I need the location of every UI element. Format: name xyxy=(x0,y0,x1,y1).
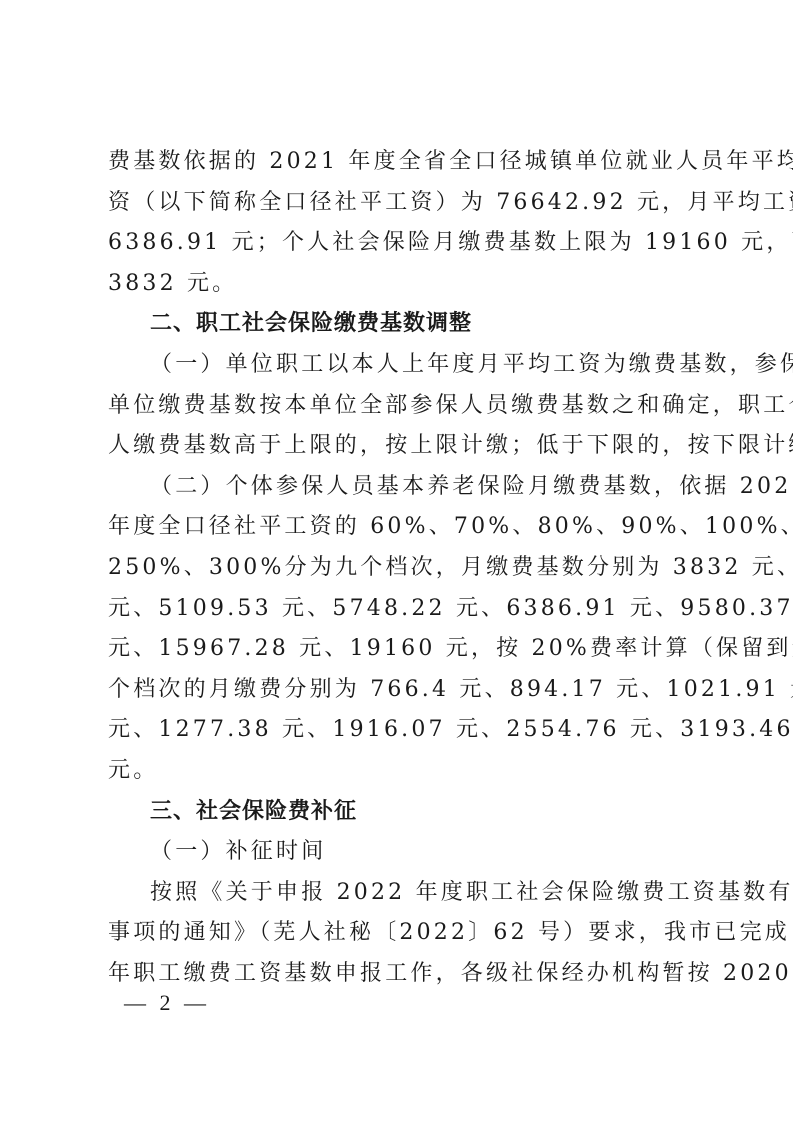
text-line: 元、5109.53 元、5748.22 元、6386.91 元、9580.37 … xyxy=(108,593,692,634)
text-line: （二）个体参保人员基本养老保险月缴费基数，依据 2021 xyxy=(108,471,692,512)
text-line: 资（以下简称全口径社平工资）为 76642.92 元，月平均工资为 xyxy=(108,187,692,228)
paragraph-intro-continuation: 费基数依据的 2021 年度全省全口径城镇单位就业人员年平均工 资（以下简称全口… xyxy=(108,146,692,308)
document-body: 费基数依据的 2021 年度全省全口径城镇单位就业人员年平均工 资（以下简称全口… xyxy=(108,146,692,998)
text-line: 人缴费基数高于上限的，按上限计缴；低于下限的，按下限计缴。 xyxy=(108,430,692,471)
text-line: 年度全口径社平工资的 60%、70%、80%、90%、100%、150%、200… xyxy=(108,511,692,552)
paragraph-2-2: （二）个体参保人员基本养老保险月缴费基数，依据 2021 年度全口径社平工资的 … xyxy=(108,471,692,796)
text-line: 费基数依据的 2021 年度全省全口径城镇单位就业人员年平均工 xyxy=(108,146,692,187)
text-line: 元、1277.38 元、1916.07 元、2554.76 元、3193.46 … xyxy=(108,714,692,755)
text-line: 元。 xyxy=(108,755,692,796)
paragraph-3-1: 按照《关于申报 2022 年度职工社会保险缴费工资基数有关 事项的通知》（芜人社… xyxy=(108,877,692,999)
page-number: — 2 — xyxy=(124,990,210,1016)
text-line: 元、15967.28 元、19160 元，按 20%费率计算（保留到角分）九 xyxy=(108,633,692,674)
text-line: （一）单位职工以本人上年度月平均工资为缴费基数，参保 xyxy=(108,349,692,390)
text-line: 250%、300%分为九个档次，月缴费基数分别为 3832 元、4470.84 xyxy=(108,552,692,593)
subsection-heading-3-1: （一）补征时间 xyxy=(108,836,692,877)
text-line: 3832 元。 xyxy=(108,268,692,309)
text-line: 按照《关于申报 2022 年度职工社会保险缴费工资基数有关 xyxy=(108,877,692,918)
paragraph-2-1: （一）单位职工以本人上年度月平均工资为缴费基数，参保 单位缴费基数按本单位全部参… xyxy=(108,349,692,471)
text-line: 6386.91 元；个人社会保险月缴费基数上限为 19160 元，下限为 xyxy=(108,227,692,268)
section-heading-3: 三、社会保险费补征 xyxy=(108,796,692,837)
text-line: 个档次的月缴费分别为 766.4 元、894.17 元、1021.91 元、11… xyxy=(108,674,692,715)
section-heading-2: 二、职工社会保险缴费基数调整 xyxy=(108,308,692,349)
text-line: 单位缴费基数按本单位全部参保人员缴费基数之和确定，职工个 xyxy=(108,390,692,431)
text-line: 事项的通知》（芜人社秘〔2022〕62 号）要求，我市已完成 2022 xyxy=(108,917,692,958)
